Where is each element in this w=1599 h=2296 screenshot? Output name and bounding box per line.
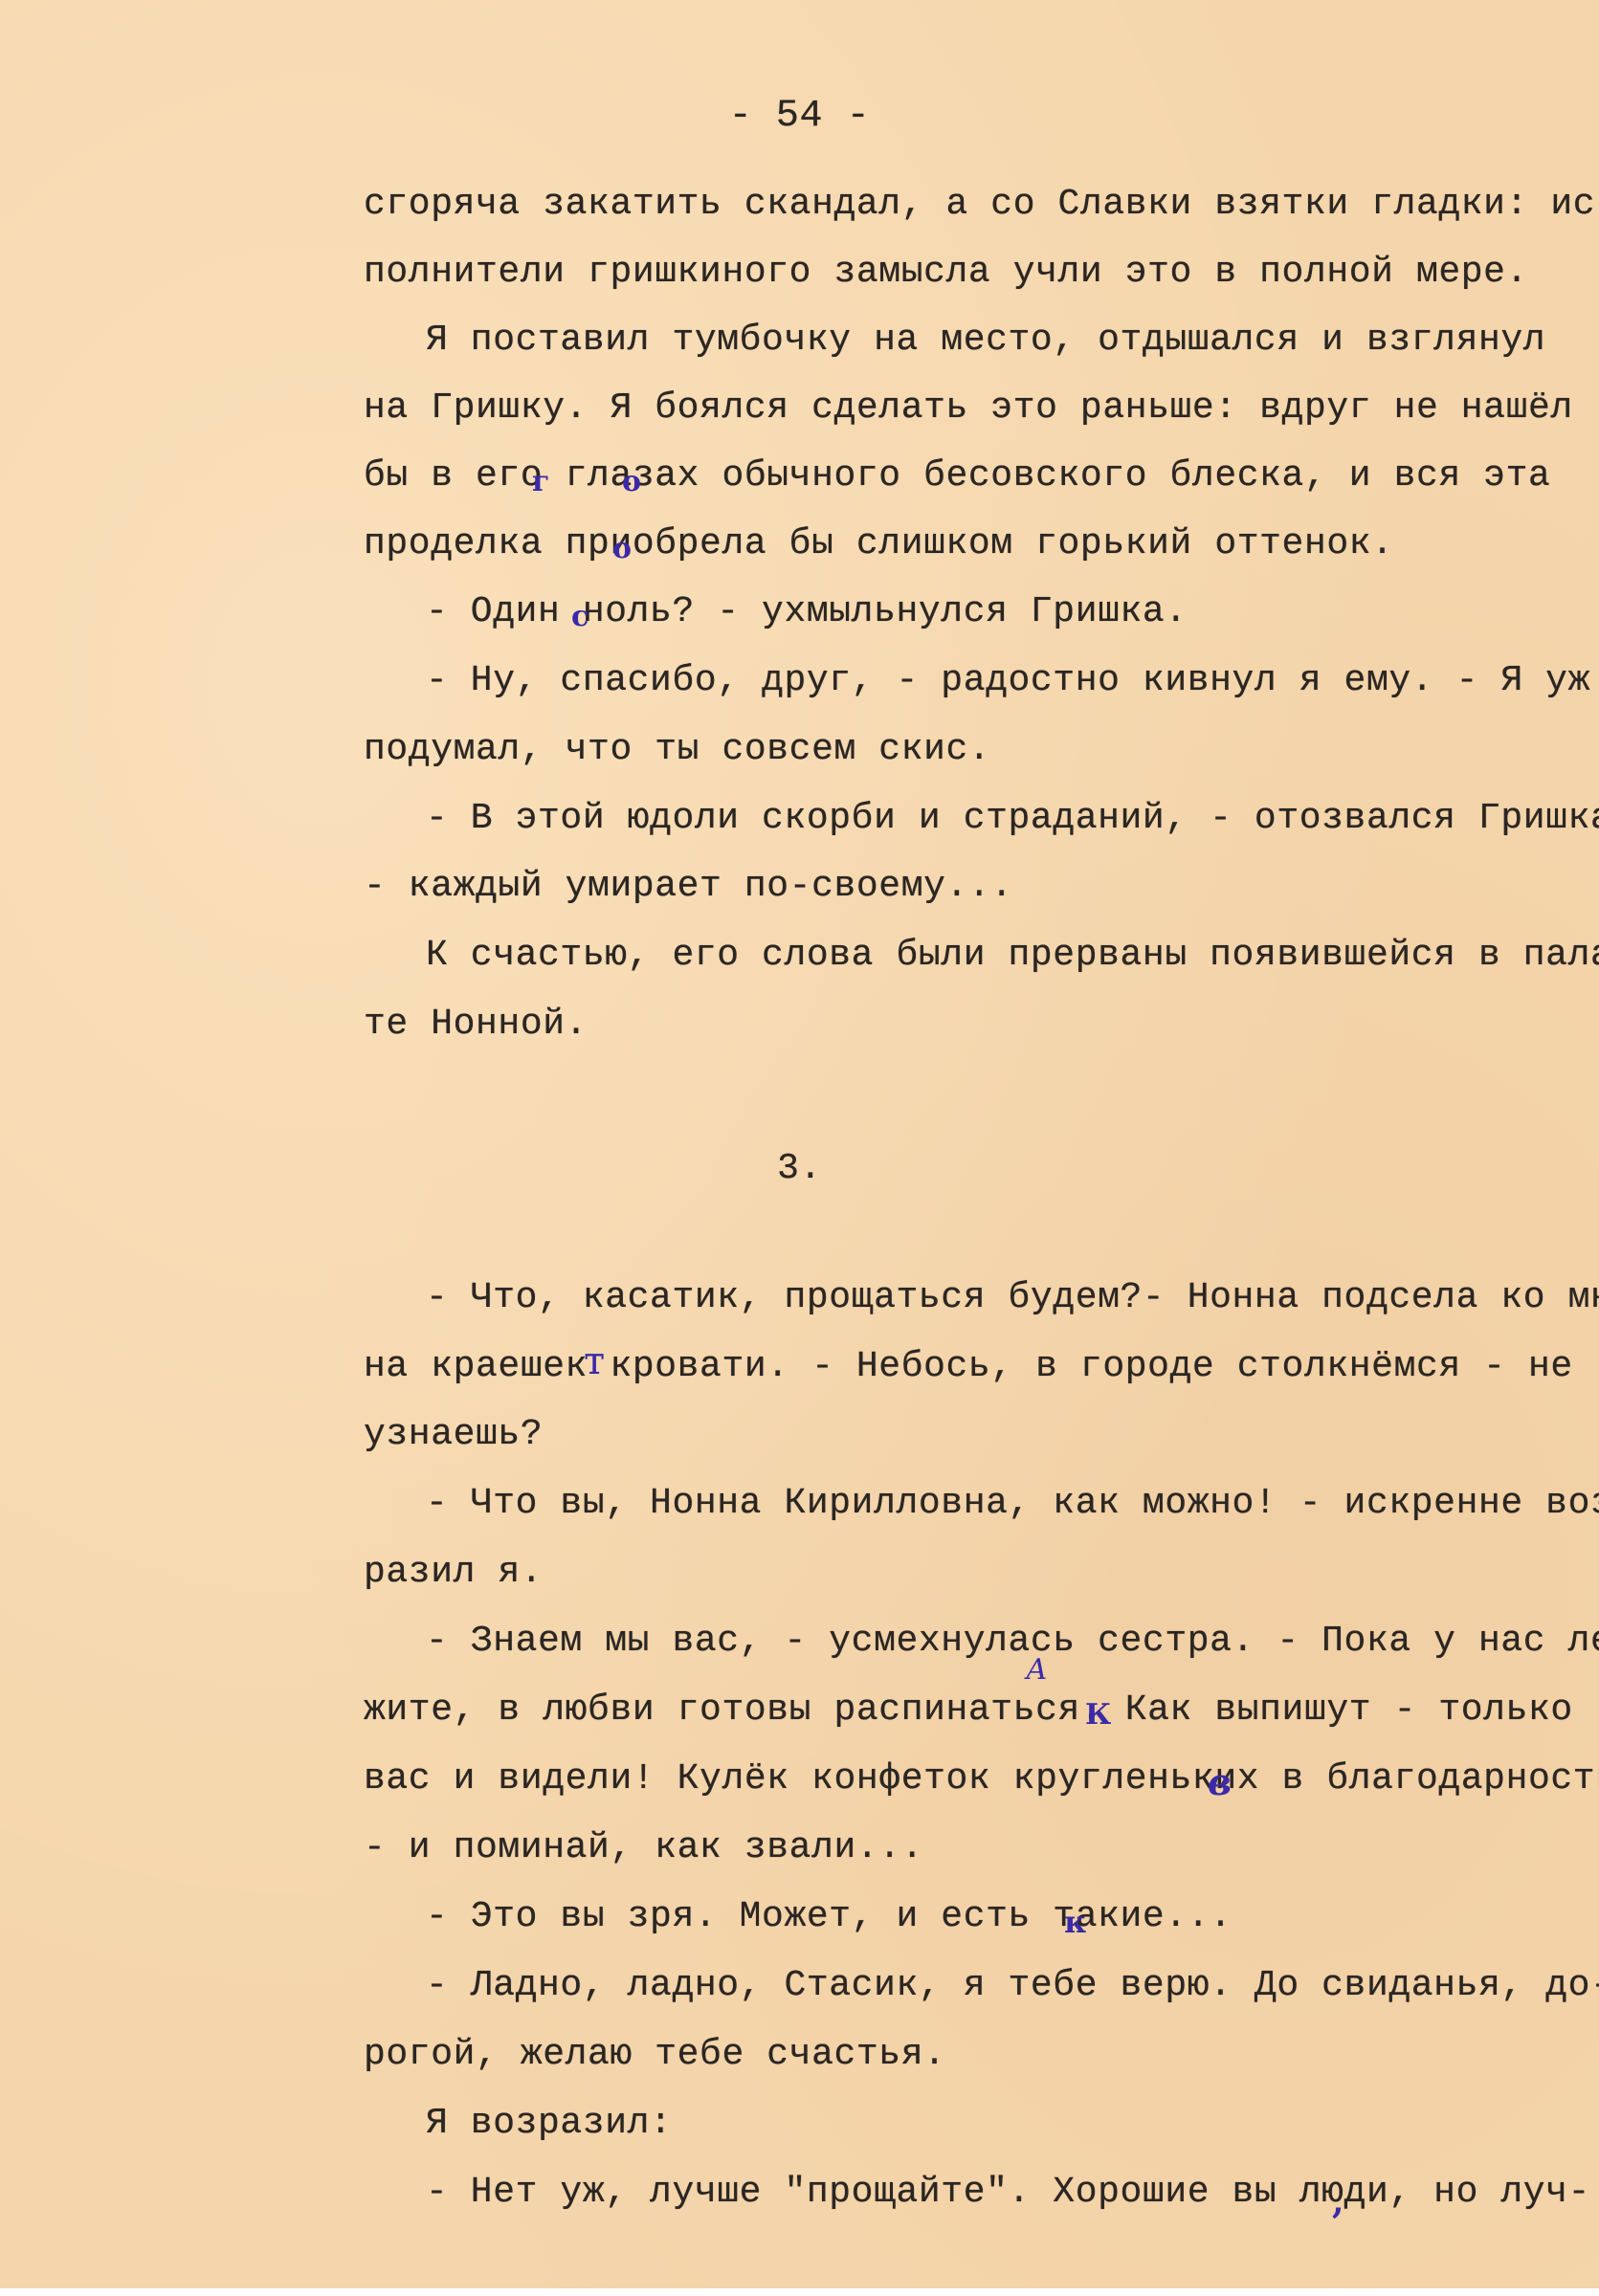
text-line: рогой, желаю тебе счастья. [364,2034,946,2076]
text-line: - Что вы, Нонна Кирилловна, как можно! -… [426,1483,1599,1525]
text-line: жите, в любви готовы распинаться. Как вы… [364,1689,1573,1732]
handwritten-correction: о [612,532,632,565]
text-line: Я поставил тумбочку на место, отдышался … [426,320,1545,362]
text-line: узнаешь? [364,1414,543,1456]
text-line: - Знаем мы вас, - усмехнулась сестра. - … [426,1621,1599,1663]
text-line: на краешек кровати. - Небось, в городе с… [364,1346,1573,1388]
text-line: вас и видели! Кулёк конфеток кругленьких… [364,1758,1599,1800]
text-line: - Ну, спасибо, друг, - радостно кивнул я… [426,660,1590,702]
text-line: подумал, что ты совсем скис. [364,729,990,771]
page-number: - 54 - [0,96,1599,138]
text-line: те Нонной. [364,1004,588,1046]
text-line: - Это вы зря. Может, и есть такие... [426,1896,1233,1938]
handwritten-correction: К [1085,1698,1111,1732]
text-line: - каждый умирает по-своему... [364,866,1013,908]
text-line: - Что, касатик, прощаться будем?- Нонна … [426,1277,1599,1319]
handwritten-correction: А [1026,1653,1048,1687]
text-line: - В этой юдоли скорби и страданий, - ото… [426,798,1599,840]
text-line: - Один ноль? - ухмыльнулся Гришка. [426,591,1188,633]
handwritten-correction: в [1208,1760,1232,1803]
handwritten-correction: г [532,465,549,498]
handwritten-correction: к [1064,1904,1086,1940]
text-line: разил я. [364,1552,543,1594]
text-line: К счастью, его слова были прерваны появи… [426,935,1599,977]
text-line: сгоряча закатить скандал, а со Славки вз… [364,184,1599,226]
text-line: на Гришку. Я боялся сделать это раньше: … [364,387,1573,430]
text-line: проделка приобрела бы слишком горький от… [364,523,1394,565]
text-line: - Ладно, ладно, Стасик, я тебе верю. До … [426,1965,1599,2007]
text-line: - Нет уж, лучше "прощайте". Хорошие вы л… [426,2172,1590,2214]
handwritten-correction: , [1332,2181,1344,2221]
handwritten-correction: т [584,1339,605,1383]
handwritten-correction: с [571,600,589,633]
typewritten-page: - 54 - сгоряча закатить скандал, а со Сл… [0,0,1599,2288]
text-line: полнители гришкиного замысла учли это в … [364,252,1528,294]
handwritten-correction: о [622,465,641,498]
section-heading: 3. [0,1148,1599,1190]
text-line: Я возразил: [426,2103,672,2145]
text-line: - и поминай, как звали... [364,1827,923,1869]
